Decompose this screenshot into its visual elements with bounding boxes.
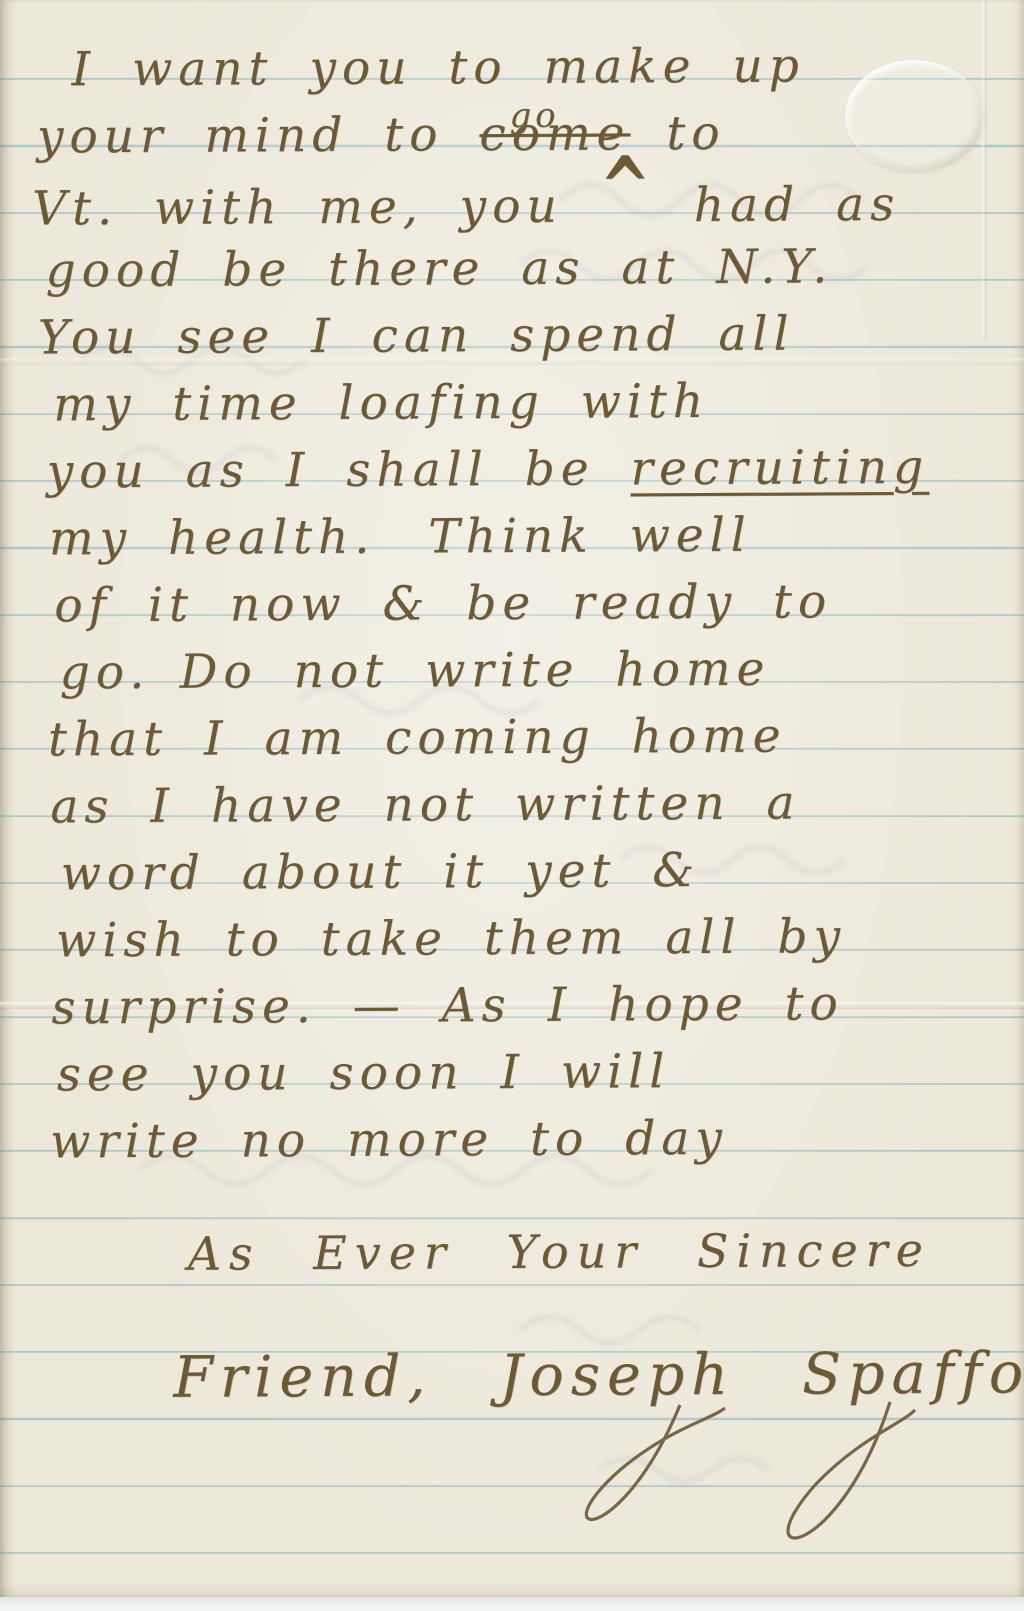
letter-line: see you soon I will [57, 1036, 1024, 1108]
letter-line: my time loafing with [53, 366, 1022, 438]
letter-line: You see I can spend all [38, 299, 1022, 371]
letter-text: you as I shall be [46, 441, 630, 499]
letter-text: wish to take them all by [56, 909, 846, 968]
closing-line: As Ever Your Sincere [187, 1206, 1024, 1296]
caret-mark: ^ [599, 142, 657, 236]
letter-text: You see I can spend all [38, 307, 795, 366]
letter-line: you as I shall be recruiting [46, 433, 1022, 505]
letter-line: wish to take them all by [56, 902, 1024, 974]
letter-text: word about it yet & [61, 843, 701, 901]
letter-text: go. Do not write home [60, 642, 771, 701]
letter-text: see you soon I will [57, 1044, 671, 1102]
letter-line: your mind to comego to [37, 98, 1021, 170]
letter-line: surprise. — As I hope to [51, 969, 1024, 1041]
letter-line: word about it yet & [61, 835, 1024, 907]
letter-body: I want you to make upyour mind to comego… [0, 31, 1024, 1433]
signature-flourish [560, 1400, 980, 1580]
letter-line: go. Do not write home [60, 634, 1024, 706]
letter-text: of it now & be ready to [54, 574, 832, 633]
letter-text: I want you to make up [71, 38, 804, 97]
letter-text: my time loafing with [53, 374, 709, 432]
letter-text: surprise. — As I hope to [51, 976, 844, 1035]
scan-background [0, 1597, 1024, 1611]
letter-text: as I have not written a [50, 775, 800, 834]
letter-line: as I have not written a [50, 768, 1024, 840]
letter-lines: I want you to make upyour mind to comego… [0, 31, 1024, 1175]
underlined-word: recruiting [630, 440, 929, 497]
letter-text: had as [658, 177, 901, 233]
letter-line: my health. Think well [49, 500, 1023, 572]
letter-line: Vt. with me, you ^ had as [32, 165, 1021, 237]
letter-screenshot: I want you to make upyour mind to comego… [0, 0, 1024, 1611]
letter-text: your mind to [37, 107, 480, 164]
letter-text: that I am coming home [48, 709, 787, 768]
letter-text: Vt. with me, you [32, 179, 599, 237]
letter-text: write no more to day [50, 1111, 728, 1170]
letter-line: write no more to day [50, 1103, 1024, 1175]
letter-line: of it now & be ready to [54, 567, 1023, 639]
letter-page: I want you to make upyour mind to comego… [0, 0, 1024, 1597]
letter-text: my health. Think well [49, 508, 752, 567]
letter-text: good be there as at N.Y. [45, 239, 833, 298]
letter-line: good be there as at N.Y. [45, 232, 1021, 304]
letter-line: that I am coming home [48, 701, 1024, 773]
inserted-word: go [509, 82, 559, 149]
